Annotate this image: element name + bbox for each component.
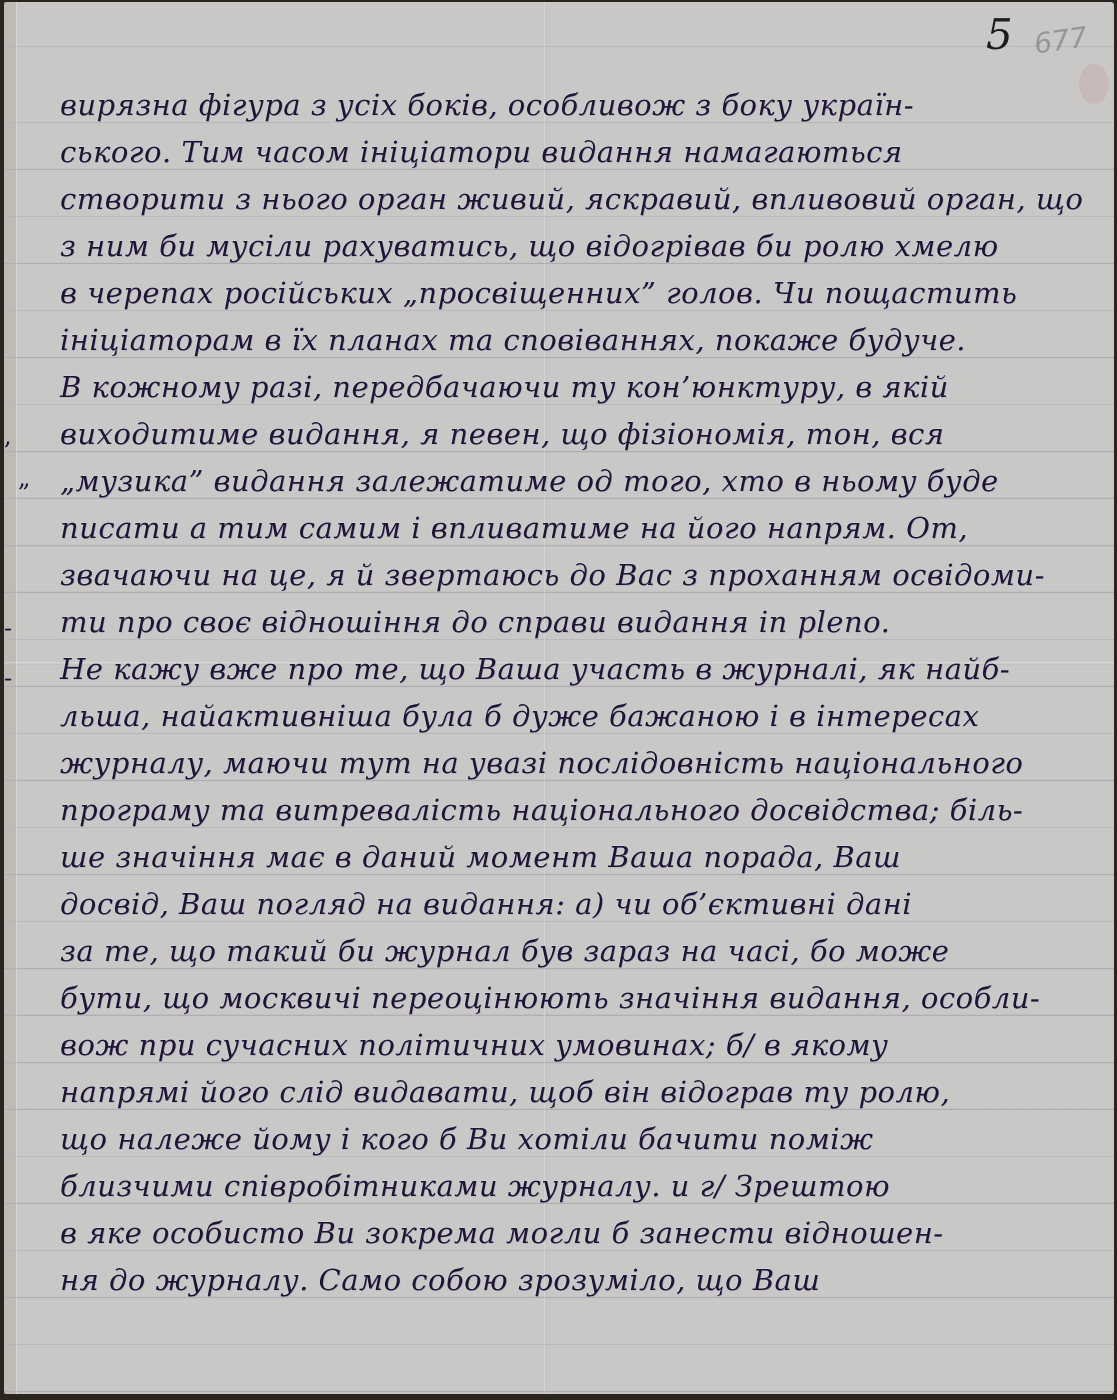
letter-line-19: за те, що такий би журнал був зараз на ч… [60,934,949,968]
letter-line-21: вож при сучасних політичних умовинах; б/… [60,1028,888,1062]
letter-line-23: що належе йому і кого б Ви хотіли бачити… [60,1122,874,1156]
margin-mark: „ [18,464,30,492]
letter-line-7: В кожному разі, передбачаючи ту кон’юнкт… [60,370,949,404]
letter-line-16: програму та витревалість національного д… [60,793,1023,827]
left-margin-strip [4,2,17,1394]
margin-mark: - [4,664,12,692]
letter-line-25: в яке особисто Ви зокрема могли б занест… [60,1216,944,1250]
letter-line-14: льша, найактивніша була б дуже бажаною і… [60,699,979,733]
letter-line-12: ти про своє відношіння до справи видання… [60,605,890,639]
letter-line-8: виходитиме видання, я певен, що фізіоном… [60,417,945,451]
margin-mark: - [4,614,12,642]
letter-line-2: ського. Тим часом ініціатори видання нам… [60,135,903,169]
page-number: 5 [986,10,1013,59]
letter-line-15: журналу, маючи тут на увазі послідовніст… [60,746,1023,780]
letter-line-18: досвід, Ваш погляд на видання: а) чи об’… [60,887,912,921]
letter-line-11: звачаючи на це, я й звертаюсь до Вас з п… [60,558,1045,592]
letter-line-3: створити з нього орган живий, яскравий, … [60,182,1083,216]
letter-line-5: в черепах російських „просвіщенних” голо… [60,276,1017,310]
letter-line-24: близчими співробітниками журналу. и г/ З… [60,1169,890,1203]
letter-line-26: ня до журналу. Само собою зрозуміло, що … [60,1263,820,1297]
letter-line-22: напрямі його слід видавати, щоб він відо… [60,1075,950,1109]
letter-line-10: писати а тим самим і впливатиме на його … [60,511,968,545]
stamp-trace [1079,64,1109,104]
letter-line-20: бути, що москвичі переоцінюють значіння … [60,981,1040,1015]
letter-line-4: з ним би мусіли рахуватись, що відогріва… [60,229,999,263]
letter-page: 5 677 , „ - - вирязна фігура з усіх бокі… [4,2,1114,1394]
letter-line-1: вирязна фігура з усіх боків, особливож з… [60,88,914,122]
letter-line-17: ше значіння має в даний момент Ваша пора… [60,840,901,874]
archive-pencil-number: 677 [1032,20,1090,60]
margin-mark: , [4,422,12,450]
letter-line-9: „музика” видання залежатиме од того, хто… [60,464,999,498]
letter-line-13: Не кажу вже про те, що Ваша участь в жур… [60,652,1010,686]
letter-line-6: ініціаторам в їх планах та сповіваннях, … [60,323,966,357]
